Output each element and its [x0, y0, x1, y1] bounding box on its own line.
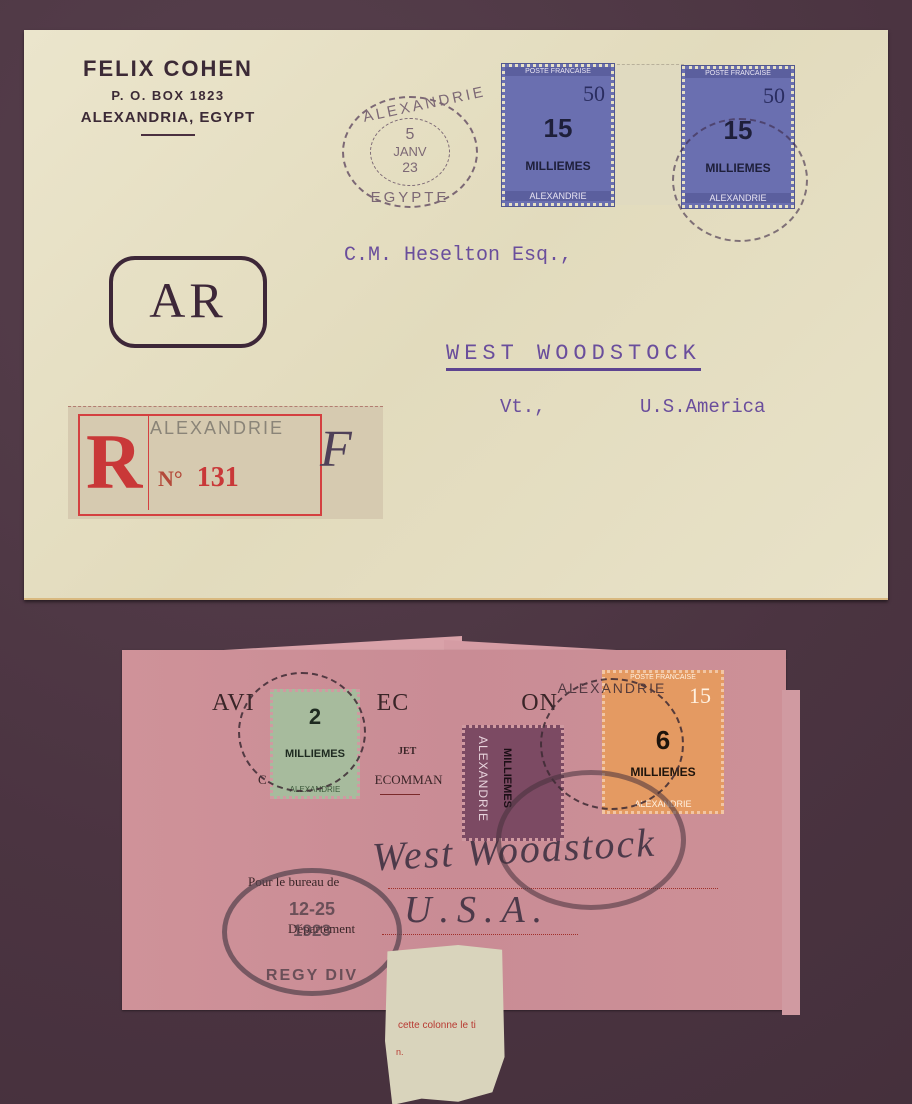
card-recommande-word: ECOMMAN	[375, 772, 443, 787]
card-title-part: EC	[377, 690, 410, 716]
stamp-overprint-unit: MILLIEMES	[505, 159, 611, 173]
stamp-overprint-value: 15	[505, 113, 611, 144]
sender-name: FELIX COHEN	[38, 56, 298, 82]
torn-strip-text-2: n.	[396, 1047, 404, 1057]
stamp-header: POSTE FRANCAISE	[505, 67, 611, 76]
card-objet-text: JET	[398, 746, 416, 757]
postmark-day: 5	[344, 126, 476, 144]
stamp-header: POSTE FRANCAISE	[685, 69, 791, 78]
addressee-name: C.M. Heselton Esq.,	[344, 244, 572, 267]
registration-number: N° 131	[158, 462, 239, 494]
oval-postmark-date: 12-25	[227, 899, 397, 920]
departement-dotted-line	[382, 934, 578, 935]
postmark-month: JANV	[344, 144, 476, 159]
addressee-state: Vt.,	[500, 396, 546, 418]
registration-city: ALEXANDRIE	[150, 418, 284, 439]
registration-number-value: 131	[197, 462, 239, 493]
torn-strip-text: cette colonne le ti	[398, 1020, 476, 1031]
handwritten-mark: F	[320, 420, 352, 479]
addressee-town: WEST WOODSTOCK	[446, 341, 701, 371]
stamp-side-text: ALEXANDRIE	[476, 727, 490, 831]
card-rule	[380, 794, 420, 795]
stamp-original-value: 50	[583, 81, 605, 107]
sender-letterhead: FELIX COHEN P. O. BOX 1823 ALEXANDRIA, E…	[38, 56, 298, 136]
postmark-city: ALEXANDRIE	[542, 680, 682, 696]
postmark-cancel-on-stamp	[672, 118, 808, 242]
stamp-15-milliemes-left: POSTE FRANCAISE 50 15 MILLIEMES ALEXANDR…	[502, 64, 614, 206]
postmark-card-heavy-cancel	[496, 770, 686, 910]
sender-city: ALEXANDRIA, EGYPT	[38, 109, 298, 126]
handwritten-country: U.S.A.	[404, 888, 550, 932]
oval-postmark-division: REGY DIV	[227, 967, 397, 985]
letterhead-rule	[141, 134, 195, 136]
stamp-original-value: 50	[763, 83, 785, 109]
postmark-country: EGYPTE	[344, 189, 476, 206]
registration-number-prefix: N°	[158, 466, 183, 491]
postmark-oval-regy-div: 12-25 1923 REGY DIV	[222, 868, 402, 996]
registration-letter: R	[86, 420, 142, 504]
postmark-alexandrie: ALEXANDRIE 5 JANV 23 EGYPTE	[342, 96, 478, 208]
postmark-year: 23	[344, 159, 476, 175]
stamp-footer: ALEXANDRIE	[505, 191, 611, 201]
stamp-original-value: 15	[689, 683, 711, 709]
postmark-card-left	[238, 672, 366, 792]
oval-postmark-year: 1923	[227, 921, 397, 941]
card-fold-edge	[782, 690, 800, 1015]
ar-handstamp: AR	[109, 256, 267, 348]
addressee-country: U.S.America	[640, 396, 765, 418]
sender-po-box: P. O. BOX 1823	[38, 88, 298, 103]
registration-divider	[148, 416, 149, 510]
